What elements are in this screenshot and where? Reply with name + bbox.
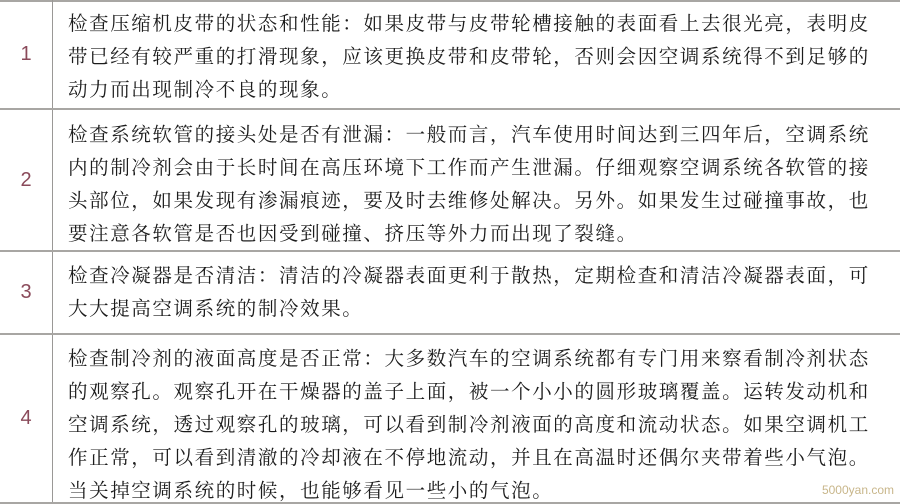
table-row: 3 检查冷凝器是否清洁：清洁的冷凝器表面更利于散热，定期检查和清洁冷凝器表面，可… (0, 252, 900, 335)
watermark: 5000yan.com (822, 483, 894, 497)
column-divider (52, 0, 53, 108)
row-number: 2 (0, 110, 52, 250)
column-divider (52, 335, 53, 502)
row-text: 检查制冷剂的液面高度是否正常：大多数汽车的空调系统都有专门用来察看制冷剂状态的观… (68, 342, 886, 504)
row-text: 检查系统软管的接头处是否有泄漏：一般而言，汽车使用时间达到三四年后，空调系统内的… (68, 118, 886, 250)
table-row: 4 检查制冷剂的液面高度是否正常：大多数汽车的空调系统都有专门用来察看制冷剂状态… (0, 335, 900, 504)
row-number: 1 (0, 0, 52, 108)
row-text: 检查压缩机皮带的状态和性能：如果皮带与皮带轮槽接触的表面看上去很光亮，表明皮带已… (68, 7, 886, 106)
row-number: 4 (0, 335, 52, 502)
column-divider (52, 252, 53, 333)
table-row: 1 检查压缩机皮带的状态和性能：如果皮带与皮带轮槽接触的表面看上去很光亮，表明皮… (0, 0, 900, 110)
row-number: 3 (0, 252, 52, 333)
row-text: 检查冷凝器是否清洁：清洁的冷凝器表面更利于散热，定期检查和清洁冷凝器表面，可大大… (68, 259, 886, 325)
column-divider (52, 110, 53, 250)
table-row: 2 检查系统软管的接头处是否有泄漏：一般而言，汽车使用时间达到三四年后，空调系统… (0, 110, 900, 252)
